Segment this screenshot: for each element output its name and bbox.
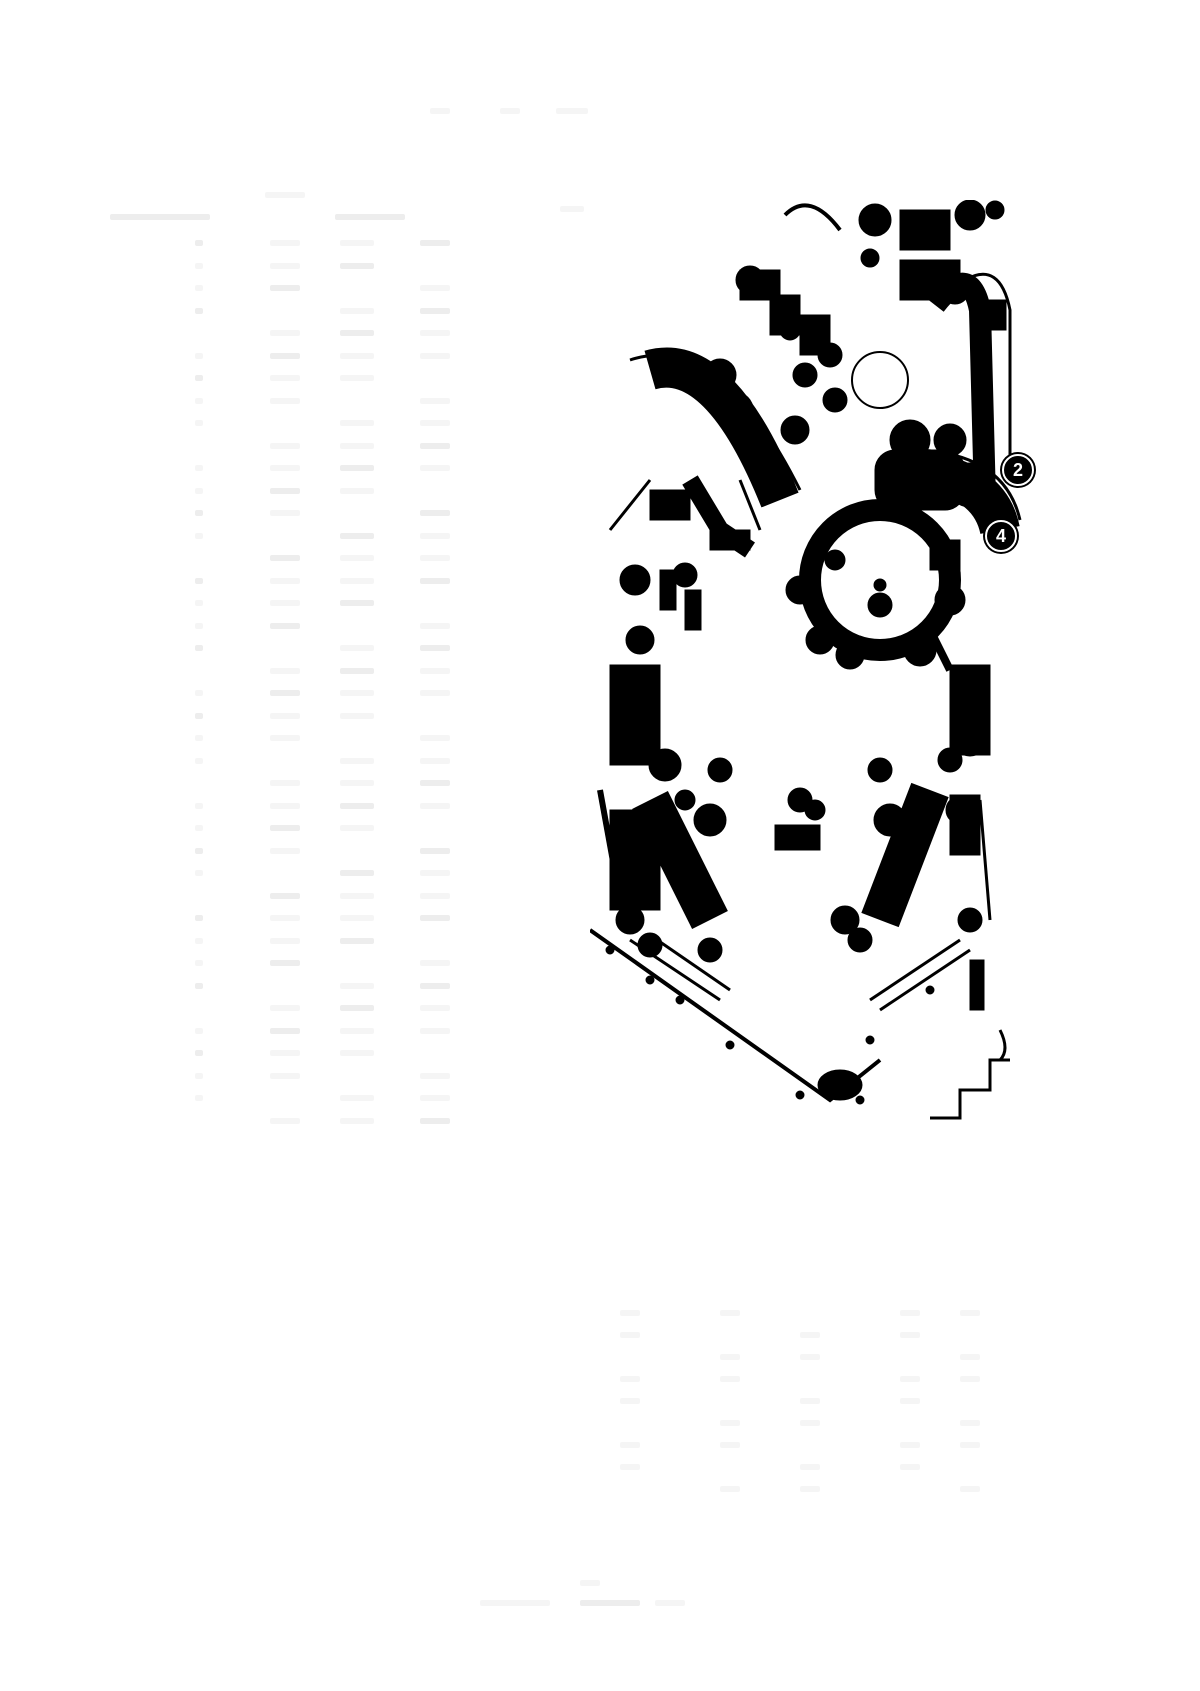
faded-cell <box>960 1420 980 1426</box>
faded-cell <box>195 803 203 809</box>
faded-cell <box>195 240 203 246</box>
faded-cell <box>420 848 450 854</box>
faded-cell <box>340 803 374 809</box>
faded-cell <box>340 330 374 336</box>
faded-cell <box>195 870 203 876</box>
faded-cell <box>195 915 203 921</box>
faded-cell <box>270 668 300 674</box>
faded-cell <box>420 510 450 516</box>
faded-cell <box>270 600 300 606</box>
playfield-silhouette <box>590 200 1110 1230</box>
faded-cell <box>960 1486 980 1492</box>
faded-cell <box>420 1005 450 1011</box>
faded-cell <box>420 983 450 989</box>
faded-cell <box>270 1073 300 1079</box>
faded-cell <box>270 398 300 404</box>
faded-cell <box>195 263 203 269</box>
faded-cell <box>420 555 450 561</box>
faded-cell <box>270 780 300 786</box>
faded-cell <box>195 713 203 719</box>
faded-cell <box>340 1005 374 1011</box>
faded-cell <box>800 1464 820 1470</box>
faded-cell <box>195 488 203 494</box>
faded-cell <box>340 578 374 584</box>
faded-cell <box>340 938 374 944</box>
faded-cell <box>195 398 203 404</box>
faded-cell <box>960 1442 980 1448</box>
faded-cell <box>800 1398 820 1404</box>
faded-cell <box>270 465 300 471</box>
faded-cell <box>340 263 374 269</box>
faded-cell <box>420 1028 450 1034</box>
faded-cell <box>195 825 203 831</box>
faded-cell <box>340 240 374 246</box>
faded-cell <box>270 915 300 921</box>
faded-cell <box>420 645 450 651</box>
faded-cell <box>195 645 203 651</box>
faded-cell <box>195 600 203 606</box>
faded-cell <box>720 1486 740 1492</box>
faded-cell <box>195 1028 203 1034</box>
faded-cell <box>340 443 374 449</box>
faded-cell <box>195 375 203 381</box>
faded-cell <box>420 1118 450 1124</box>
faded-cell <box>620 1376 640 1382</box>
faded-cell <box>720 1420 740 1426</box>
faded-cell <box>195 510 203 516</box>
faded-cell <box>800 1420 820 1426</box>
faded-cell <box>270 938 300 944</box>
faded-cell <box>420 780 450 786</box>
faded-cell <box>195 420 203 426</box>
faded-cell <box>420 960 450 966</box>
faded-cell <box>340 1118 374 1124</box>
faded-cell <box>960 1354 980 1360</box>
faded-cell <box>420 1073 450 1079</box>
callout-badge-2: 2 <box>1002 454 1034 486</box>
faded-cell <box>195 758 203 764</box>
faded-cell <box>420 668 450 674</box>
faded-cell <box>900 1442 920 1448</box>
faded-cell <box>195 848 203 854</box>
faded-cell <box>195 578 203 584</box>
faded-cell <box>800 1354 820 1360</box>
faded-cell <box>620 1442 640 1448</box>
faded-cell <box>340 420 374 426</box>
faded-cell <box>270 1118 300 1124</box>
faded-cell <box>340 893 374 899</box>
faded-cell <box>720 1442 740 1448</box>
pinball-playfield-diagram: 2 4 <box>590 200 1110 1230</box>
faded-cell <box>270 510 300 516</box>
faded-cell <box>340 825 374 831</box>
faded-cell <box>340 983 374 989</box>
faded-cell <box>900 1464 920 1470</box>
faded-cell <box>195 1050 203 1056</box>
faded-cell <box>340 375 374 381</box>
faded-cell <box>420 240 450 246</box>
faded-cell <box>195 938 203 944</box>
faded-cell <box>340 308 374 314</box>
faded-cell <box>270 690 300 696</box>
faded-cell <box>195 623 203 629</box>
faded-cell <box>340 1095 374 1101</box>
faded-cell <box>340 645 374 651</box>
faded-cell <box>620 1398 640 1404</box>
faded-cell <box>800 1486 820 1492</box>
faded-cell <box>270 330 300 336</box>
faded-cell <box>340 533 374 539</box>
faded-cell <box>420 915 450 921</box>
faded-cell <box>420 690 450 696</box>
faded-cell <box>340 758 374 764</box>
faded-cell <box>270 353 300 359</box>
faded-cell <box>420 420 450 426</box>
faded-cell <box>720 1376 740 1382</box>
faded-cell <box>420 578 450 584</box>
faded-cell <box>195 690 203 696</box>
faded-cell <box>420 285 450 291</box>
faded-cell <box>340 488 374 494</box>
faded-cell <box>195 735 203 741</box>
faded-cell <box>270 375 300 381</box>
faded-cell <box>270 263 300 269</box>
faded-cell <box>340 713 374 719</box>
faded-cell <box>720 1310 740 1316</box>
faded-cell <box>195 308 203 314</box>
faded-cell <box>340 600 374 606</box>
faded-cell <box>270 443 300 449</box>
faded-cell <box>270 555 300 561</box>
faded-cell <box>340 1028 374 1034</box>
faded-cell <box>270 735 300 741</box>
faded-cell <box>270 1005 300 1011</box>
faded-cell <box>340 1050 374 1056</box>
faded-cell <box>270 240 300 246</box>
faded-cell <box>420 465 450 471</box>
faded-cell <box>900 1310 920 1316</box>
faded-cell <box>420 803 450 809</box>
faded-cell <box>900 1376 920 1382</box>
faded-cell <box>340 668 374 674</box>
faded-cell <box>270 960 300 966</box>
faded-cell <box>420 893 450 899</box>
faded-cell <box>420 330 450 336</box>
faded-cell <box>420 443 450 449</box>
faded-cell <box>270 803 300 809</box>
faded-cell <box>420 623 450 629</box>
faded-cell <box>420 735 450 741</box>
faded-cell <box>195 285 203 291</box>
faded-cell <box>270 488 300 494</box>
faded-cell <box>900 1332 920 1338</box>
faded-cell <box>270 848 300 854</box>
faded-cell <box>270 1028 300 1034</box>
faded-cell <box>340 555 374 561</box>
faded-cell <box>720 1354 740 1360</box>
faded-cell <box>620 1332 640 1338</box>
faded-cell <box>960 1376 980 1382</box>
faded-cell <box>420 533 450 539</box>
faded-cell <box>340 353 374 359</box>
faded-cell <box>195 353 203 359</box>
faded-cell <box>195 1073 203 1079</box>
faded-cell <box>420 870 450 876</box>
faded-cell <box>960 1310 980 1316</box>
faded-cell <box>270 285 300 291</box>
faded-cell <box>270 1050 300 1056</box>
faded-cell <box>195 960 203 966</box>
faded-cell <box>195 533 203 539</box>
figure-caption-faded <box>480 1600 780 1610</box>
faded-cell <box>340 690 374 696</box>
faded-cell <box>340 915 374 921</box>
faded-cell <box>420 398 450 404</box>
faded-cell <box>900 1398 920 1404</box>
faded-cell <box>270 623 300 629</box>
faded-cell <box>420 353 450 359</box>
faded-cell <box>270 578 300 584</box>
faded-cell <box>340 870 374 876</box>
faded-cell <box>340 465 374 471</box>
callout-badge-4: 4 <box>985 520 1017 552</box>
faded-cell <box>420 308 450 314</box>
faded-cell <box>270 893 300 899</box>
faded-cell <box>420 1095 450 1101</box>
faded-cell <box>340 780 374 786</box>
faded-cell <box>420 758 450 764</box>
faded-cell <box>195 1095 203 1101</box>
faded-cell <box>195 465 203 471</box>
faded-cell <box>800 1332 820 1338</box>
faded-cell <box>195 983 203 989</box>
faded-cell <box>620 1464 640 1470</box>
faded-cell <box>620 1310 640 1316</box>
faded-cell <box>270 713 300 719</box>
faded-cell <box>270 825 300 831</box>
